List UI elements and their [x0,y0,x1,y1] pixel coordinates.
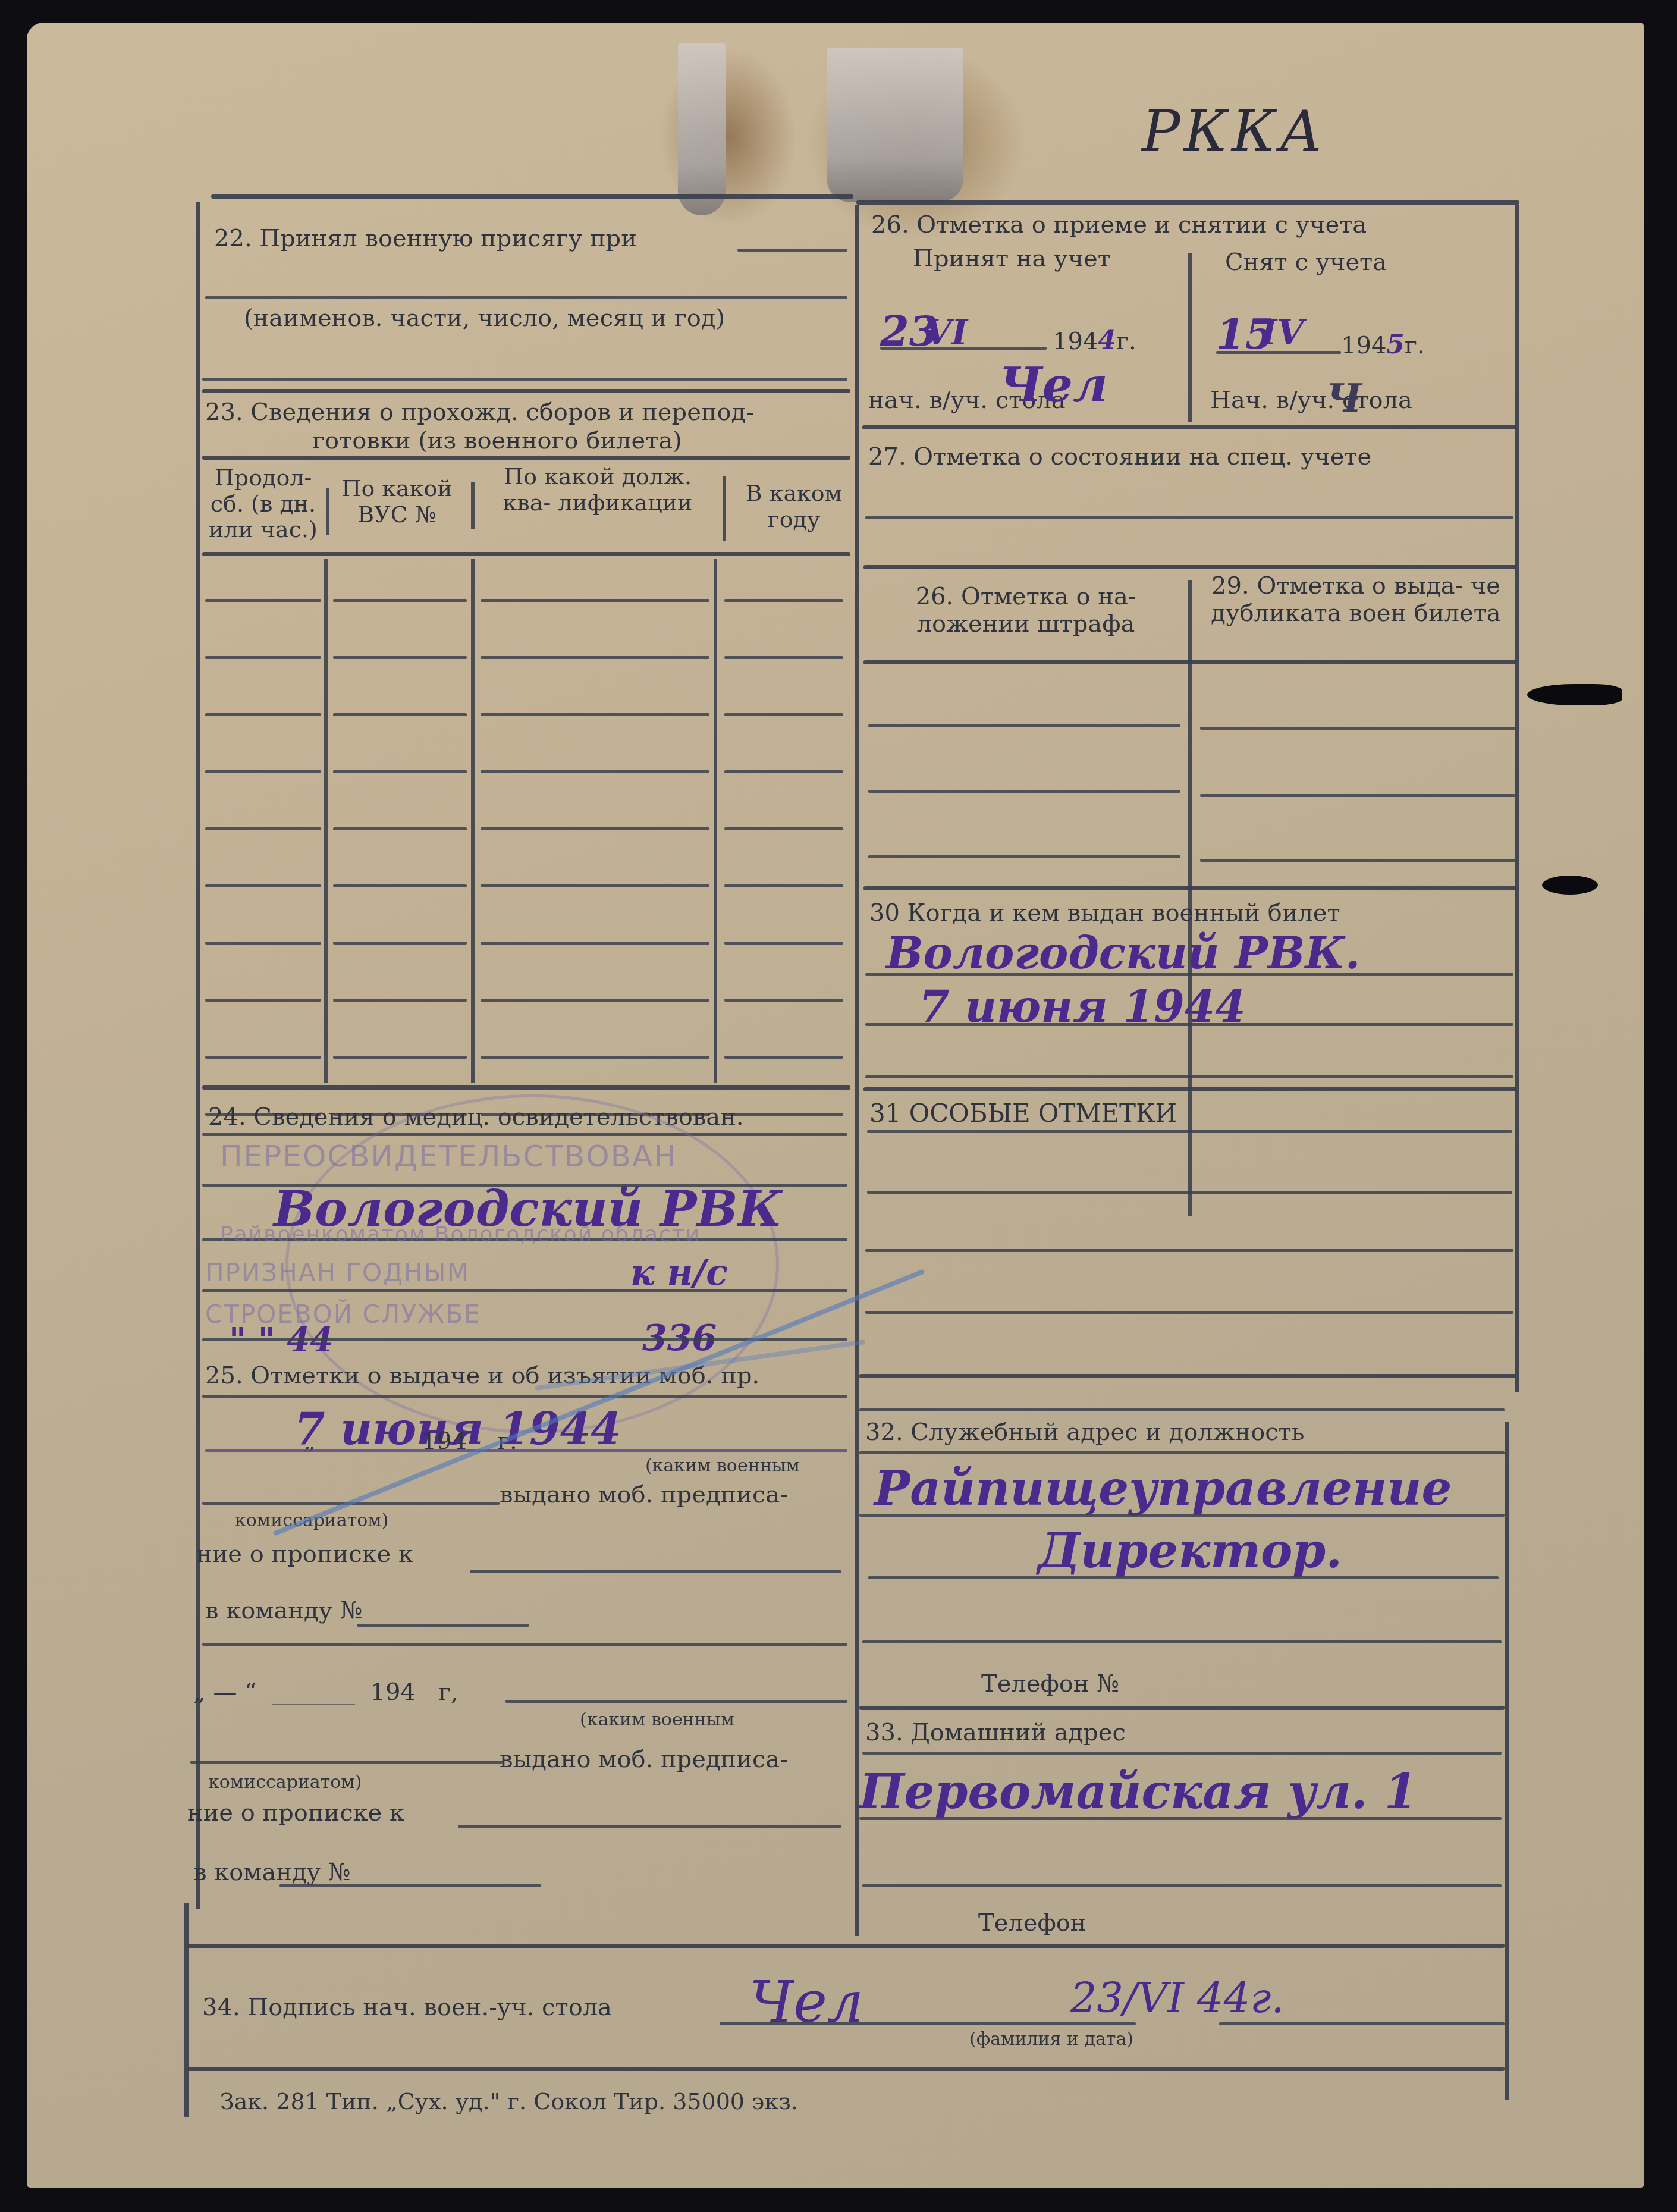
s30-issued-by: Вологодский РВК. [886,928,1361,979]
s25-b1-issued: выдано моб. предписа- [500,1481,788,1508]
s25-b2-caption-bottom: комиссариатом) [208,1772,362,1793]
s23-row-rule [481,599,709,602]
s23-col-divider [324,559,328,1083]
s23-row-rule [333,884,467,887]
s32-position: Директор. [1038,1523,1342,1579]
s22-line [202,378,847,381]
stamp-line-2: Райвоенкоматом Вологодской области [220,1222,701,1247]
frame-middle [855,205,859,1936]
s31-title: 31 ОСОБЫЕ ОТМЕТКИ [869,1099,1177,1128]
s23-col-divider [723,476,726,541]
s24-line [202,1289,847,1292]
s28-29-divider [1188,580,1192,1216]
s28-line [868,790,1180,793]
s25-line [205,1449,847,1452]
s26-accepted-label: Принят на учет [913,245,1111,272]
s23-row-rule [333,770,467,773]
s33-phone-label: Телефон [978,1909,1086,1937]
s26-removed-label: Снят с учета [1225,249,1387,276]
s26-removed-month: IV [1261,312,1304,353]
s30-title: 30 Когда и кем выдан военный билет [869,899,1340,927]
s31-bottom [859,1374,1516,1378]
s26-removed-chief: Нач. в/уч. стола [1210,387,1412,414]
s28-29-header-bottom [863,660,1516,664]
s25-line [470,1570,841,1573]
s26-line [1216,351,1341,354]
s32-title: 32. Служебный адрес и должность [865,1419,1305,1446]
s23-header-top [202,456,850,460]
s29-line [1200,727,1515,730]
s23-row-rule [481,884,709,887]
s23-row-rule [724,942,843,945]
printer-imprint: Зак. 281 Тип. „Сух. уд." г. Сокол Тир. 3… [220,2089,798,2115]
s32-phone-label: Телефон № [981,1670,1119,1698]
s23-row-rule [481,1056,709,1059]
frame-top-left [211,194,853,199]
s25-line [458,1825,841,1828]
s27-title: 27. Отметка о состоянии на спец. учете [868,443,1371,470]
s29-title: 29. Отметка о выда- че дубликата воен би… [1198,572,1513,627]
s31-line [867,1130,1512,1133]
s23-row-rule [205,999,321,1002]
s32-line [868,1576,1499,1579]
stamp-line-3: ПРИЗНАН ГОДНЫМ [205,1258,470,1287]
s25-b1-team: в команду № [205,1597,363,1624]
s23-row-rule [481,942,709,945]
s29-line [1200,859,1515,862]
s27-line [865,516,1513,519]
s34-bottom [187,2067,1505,2071]
s23-row-rule [724,656,843,659]
s23-row-rule [481,713,709,716]
s25-33-bottom [187,1944,1505,1948]
s25-line [279,1884,541,1887]
s23-row-rule [205,770,321,773]
s34-signature: Чел [749,1969,863,2035]
s23-row-rule [205,1056,321,1059]
s23-row-rule [333,1056,467,1059]
s33-line [862,1752,1502,1755]
s25-line [202,1643,847,1646]
s23-title-2: готовки (из военного билета) [312,427,682,454]
s23-row-rule [724,713,843,716]
s23-row-rule [724,827,843,830]
s29-line [1200,794,1515,797]
s34-caption: (фамилия и дата) [969,2029,1133,2050]
s28-line [868,724,1180,727]
s26-removed-year: 1945г. [1341,330,1425,360]
s32-bottom [859,1706,1505,1710]
s23-row-rule [333,599,467,602]
s26-accepted-signature: Чел [999,357,1108,413]
s26-divider [1188,253,1192,422]
s32-top-line [859,1408,1505,1411]
s33-address: Первомайская ул. 1 [859,1764,1417,1819]
s25-line [202,1395,847,1398]
s30-line [865,973,1513,976]
frame-right-lower [1505,1422,1509,2100]
s28-line [868,855,1180,858]
s26-line [880,347,1047,350]
s23-row-rule [333,656,467,659]
s22-bottom [202,389,850,393]
s28-29-bottom [863,886,1516,890]
s23-col-divider [471,559,475,1083]
s34-line [720,2022,1136,2025]
s22-title: 22. Принял военную присягу при [214,225,637,252]
s23-row-rule [205,713,321,716]
s25-b2-issued: выдано моб. предписа- [500,1746,788,1773]
s23-col-position: По какой долж. ква- лификации [479,464,717,516]
s32-line [862,1640,1502,1643]
s33-title: 33. Домашний адрес [865,1719,1126,1746]
s23-title: 23. Сведения о прохожд. сборов и перепод… [205,399,754,426]
s23-col-vus: По какой ВУС № [330,476,464,528]
stamp-line-1: ПЕРЕОСВИДЕТЕЛЬСТВОВАН [220,1139,677,1174]
s28-title: 26. Отметка о на- ложении штрафа [871,583,1180,638]
s25-line [190,1761,503,1764]
s23-row-rule [481,999,709,1002]
s25-b2-caption-top: (каким военным [580,1710,734,1731]
s23-row-rule [205,827,321,830]
s23-row-rule [481,770,709,773]
s25-b2-team: в команду № [193,1859,351,1886]
frame-left [196,202,200,1909]
frame-left-lower [184,1903,189,2117]
s24-fitness: к н/с [630,1252,728,1294]
s23-row-rule [724,1056,843,1059]
s30-bottom [863,1087,1516,1091]
s23-row-rule [205,942,321,945]
s23-row-rule [724,884,843,887]
frame-top-right [856,200,1519,205]
s23-row-rule [724,770,843,773]
s32-workplace: Райпищеуправление [874,1460,1452,1516]
s30-line [865,1075,1513,1078]
s34-date: 23/VI 44г. [1070,1973,1285,2022]
s23-col-divider [326,488,329,535]
s23-row-rule [481,827,709,830]
s23-col-duration: Продол- сб. (в дн. или час.) [199,465,327,543]
s23-row-rule [333,713,467,716]
s23-col-year: В каком году [734,481,853,532]
s26-removed-signature: Ч [1326,375,1362,421]
s23-row-rule [333,942,467,945]
s34-title: 34. Подпись нач. воен.-уч. стола [202,1994,612,2021]
s26-accepted-year: 1944г. [1053,326,1136,356]
s33-line [859,1817,1502,1820]
s34-line [1219,2022,1505,2025]
s31-line [867,1191,1512,1194]
s23-row-rule [205,599,321,602]
s27-bottom [863,565,1516,569]
s26-bottom [862,425,1516,429]
s26-title: 26. Отметка о приеме и снятии с учета [871,211,1367,239]
s25-b2-date: „ — “ _______ 194 г, [193,1678,458,1706]
s31-line [865,1249,1513,1252]
s22-line [737,249,847,252]
s22-line [205,296,847,299]
s25-b1-caption-top: (каким военным [645,1456,800,1477]
s22-caption: (наименов. части, число, месяц и год) [244,305,725,332]
s23-row-rule [724,599,843,602]
s23-bottom [202,1085,850,1090]
s30-line [865,1023,1513,1026]
s25-b2-propiska: ние о прописке к [187,1799,404,1827]
s23-row-rule [481,656,709,659]
s25-b1-propiska: ние о прописке к [196,1540,413,1568]
s23-row-rule [205,656,321,659]
s23-col-divider [471,482,475,529]
s25-line [505,1700,847,1703]
s32-line [859,1451,1505,1454]
s23-row-rule [724,999,843,1002]
s23-row-rule [333,999,467,1002]
s25-line [357,1624,529,1627]
s23-row-rule [205,884,321,887]
s23-header-bottom [202,552,850,556]
s31-line [865,1311,1513,1314]
s23-col-divider [714,559,717,1083]
s33-line [862,1884,1502,1887]
frame-right [1515,205,1519,1392]
form-back-page: 22. Принял военную присягу при (наименов… [0,0,1677,2212]
s32-line [859,1514,1505,1517]
s23-row-rule [333,827,467,830]
